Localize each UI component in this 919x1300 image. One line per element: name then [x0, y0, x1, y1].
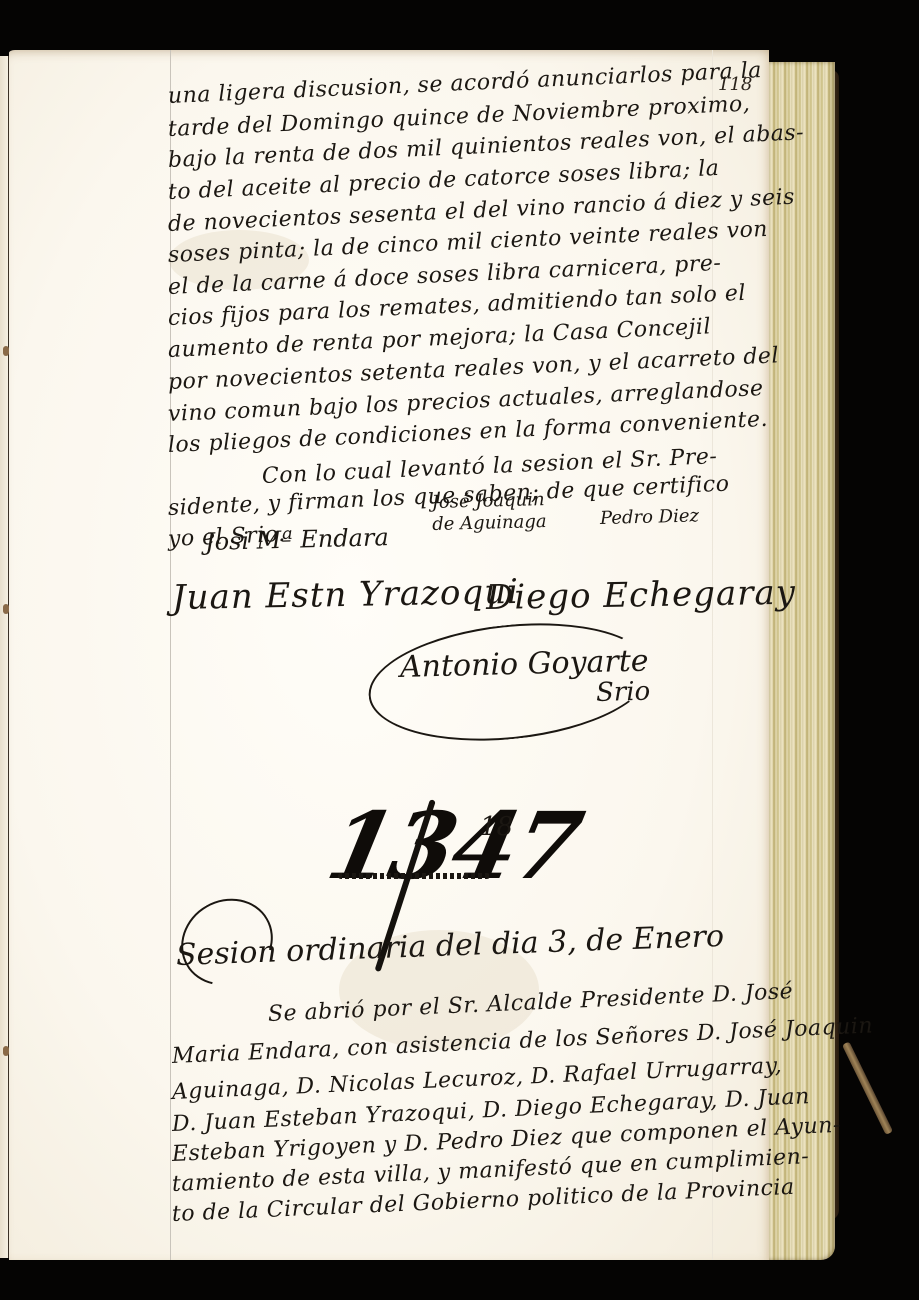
page-fore-edge — [769, 62, 835, 1260]
signature-diez: Pedro Diez — [600, 505, 699, 529]
year-suffix: 18 — [480, 812, 513, 842]
signature-endara: Josi Mª Endara — [205, 523, 389, 556]
facing-page-edge — [0, 56, 9, 1258]
year-underline — [338, 873, 490, 879]
signature-echegaray: Diego Echegaray — [486, 573, 797, 618]
manuscript-scan: 118 una ligera discusion, se acordó anun… — [0, 0, 919, 1300]
signature-aguinaga: José Joaquin de Aguinaga — [431, 488, 572, 536]
ribbon-bookmark — [842, 1041, 893, 1134]
year-heading: 1347 — [319, 792, 590, 900]
signature-yrazoqui: Juan Estn Yrazoqui — [172, 572, 520, 618]
signature-secretary-title: Srio — [596, 677, 651, 708]
